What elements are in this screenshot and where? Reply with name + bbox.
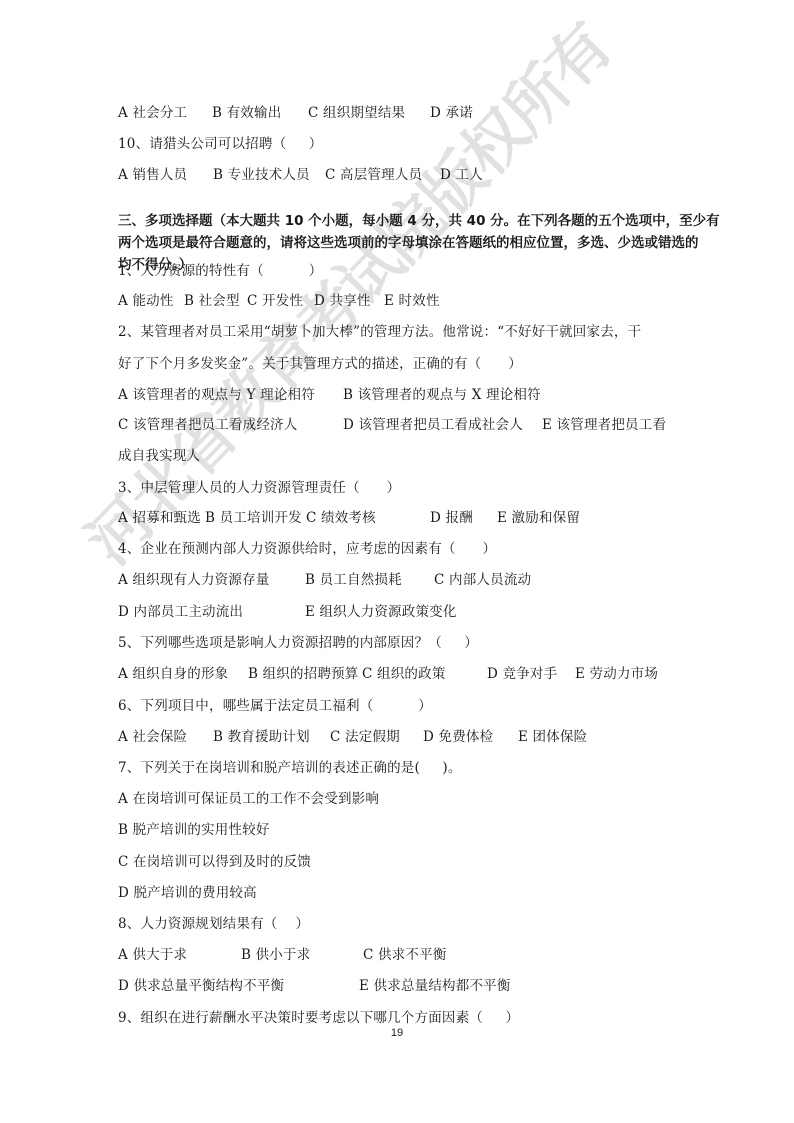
option-b: B 该管理者的观点与 X 理论相符 [343,386,541,404]
option-e: E 团体保险 [518,728,587,746]
option-d: D 共享性 [314,292,371,310]
option-a: A 销售人员 [118,166,187,184]
option-c: C 高层管理人员 [325,166,422,184]
option-a: A 供大于求 [118,946,187,964]
option-a: A 该管理者的观点与 Y 理论相符 [118,386,315,404]
option-b: B 供小于求 [241,946,310,964]
option-b: B 教育援助计划 [213,728,310,746]
question-text: 7、下列关于在岗培训和脱产培训的表述正确的是( )。 [118,759,462,777]
option-a: D 内部员工主动流出 [118,603,243,621]
question-text: 成自我实现人 [118,447,200,465]
option-a: A 招募和甄选 [118,509,201,527]
page-number: 19 [0,1027,794,1039]
question-text: C 在岗培训可以得到及时的反馈 [118,853,311,871]
document-page: 河北省教育考试院版权所有 A 社会分工B 有效输出C 组织期望结果D 承诺10、… [0,0,794,1123]
option-c: C 供求不平衡 [363,946,447,964]
option-a: A 社会保险 [118,728,187,746]
question-text: 1、人力资源的特性有（ ） [118,262,322,280]
option-b: B 员工培训开发 [205,509,302,527]
option-c: C 内部人员流动 [434,571,531,589]
question-text: 10、请猎头公司可以招聘（ ） [118,135,322,153]
option-a: C 该管理者把员工看成经济人 [118,416,297,434]
question-text: 6、下列项目中，哪些属于法定员工福利（ ） [118,697,432,715]
option-b: B 员工自然损耗 [305,571,402,589]
option-b: E 组织人力资源政策变化 [305,603,457,621]
question-text: B 脱产培训的实用性较好 [118,821,270,839]
option-b: B 有效输出 [212,104,281,122]
option-a: A 能动性 [118,292,174,310]
question-text: 2、某管理者对员工采用“胡萝卜加大棒”的管理方法。他常说：“不好好干就回家去，干 [118,323,641,341]
option-e: E 时效性 [384,292,440,310]
option-a: A 组织自身的形象 [118,665,228,683]
option-a: D 供求总量平衡结构不平衡 [118,977,284,995]
option-e: E 劳动力市场 [575,665,658,683]
option-c: E 该管理者把员工看 [542,416,666,434]
option-d: D 承诺 [430,104,473,122]
option-d: D 工人 [440,166,483,184]
question-text: 9、组织在进行薪酬水平决策时要考虑以下哪几个方面因素（ ） [118,1009,519,1027]
option-c: C 组织的政策 [362,665,446,683]
option-b: D 该管理者把员工看成社会人 [343,416,523,434]
section-heading: 三、多项选择题（本大题共 10 个小题，每小题 4 分，共 40 分。在下列各题… [118,212,720,230]
option-a: A 社会分工 [118,104,187,122]
option-b: B 组织的招聘预算 [248,665,359,683]
option-a: A 组织现有人力资源存量 [118,571,269,589]
question-text: 好了下个月多发奖金”。关于其管理方式的描述，正确的有（ ） [118,355,522,373]
question-text: 8、人力资源规划结果有（ ） [118,915,309,933]
option-e: E 激励和保留 [497,509,580,527]
question-text: 5、下列哪些选项是影响人力资源招聘的内部原因？（ ） [118,634,478,652]
option-d: D 竞争对手 [487,665,557,683]
option-c: C 绩效考核 [306,509,376,527]
option-b: E 供求总量结构都不平衡 [359,977,511,995]
option-c: C 组织期望结果 [308,104,405,122]
option-d: D 免费体检 [423,728,493,746]
question-text: 4、企业在预测内部人力资源供给时，应考虑的因素有（ ） [118,540,496,558]
section-heading: 两个选项是最符合题意的，请将这些选项前的字母填涂在答题纸的相应位置，多选、少选或… [118,234,699,252]
option-b: B 专业技术人员 [213,166,310,184]
option-c: C 法定假期 [330,728,400,746]
option-c: C 开发性 [247,292,303,310]
option-d: D 报酬 [430,509,473,527]
option-b: B 社会型 [184,292,240,310]
question-text: D 脱产培训的费用较高 [118,884,257,902]
question-text: A 在岗培训可保证员工的工作不会受到影响 [118,790,379,808]
question-text: 3、中层管理人员的人力资源管理责任（ ） [118,479,400,497]
